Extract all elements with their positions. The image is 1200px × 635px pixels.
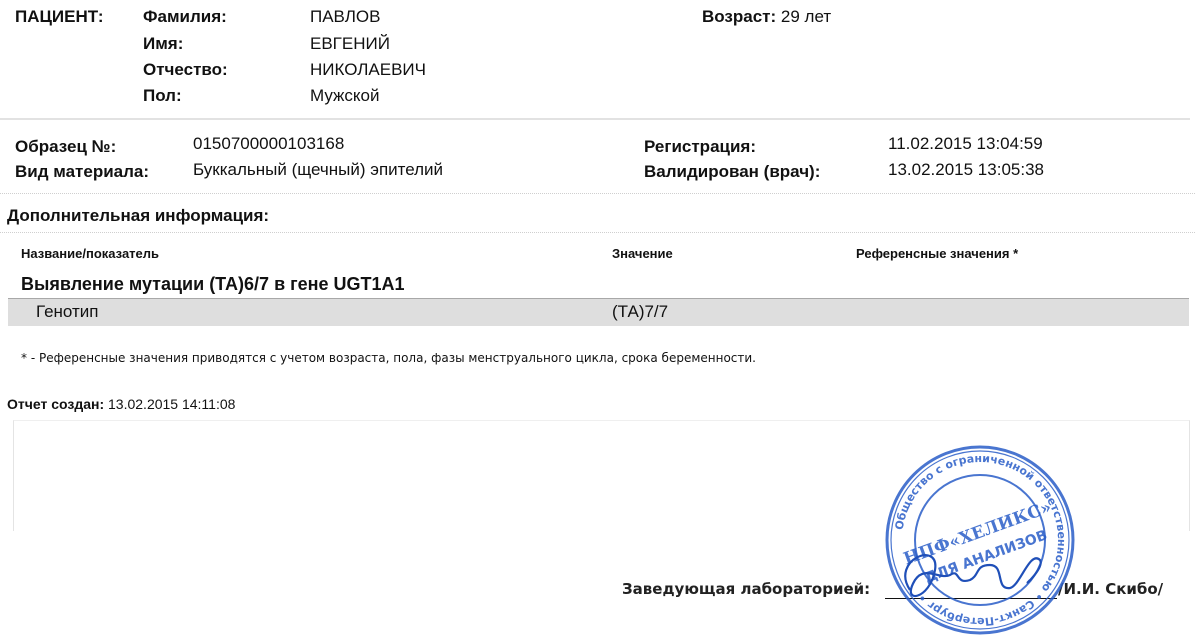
surname-label: Фамилия: xyxy=(143,7,227,27)
material-value: Буккальный (щечный) эпителий xyxy=(193,160,443,180)
surname-value: ПАВЛОВ xyxy=(310,7,380,27)
first-name-value: ЕВГЕНИЙ xyxy=(310,34,390,54)
sample-number-label: Образец №: xyxy=(15,137,116,157)
age-value: 29 лет xyxy=(781,7,831,26)
stamp-icon: Общество с ограниченной ответственностью… xyxy=(880,440,1080,635)
column-header-reference: Референсные значения * xyxy=(856,246,1018,261)
registration-label: Регистрация: xyxy=(644,137,756,157)
report-created: Отчет создан: 13.02.2015 14:11:08 xyxy=(7,396,235,412)
sample-number-value: 0150700000103168 xyxy=(193,134,344,154)
material-label: Вид материала: xyxy=(15,162,149,182)
additional-info-heading: Дополнительная информация: xyxy=(7,206,269,226)
column-header-value: Значение xyxy=(612,246,673,261)
validated-label: Валидирован (врач): xyxy=(644,162,820,182)
first-name-label: Имя: xyxy=(143,34,183,54)
patronymic-value: НИКОЛАЕВИЧ xyxy=(310,60,426,80)
footnote: * - Референсные значения приводятся с уч… xyxy=(21,351,756,365)
patient-section-label: ПАЦИЕНТ: xyxy=(15,7,104,27)
age-label: Возраст: xyxy=(702,7,776,26)
result-value: (ТА)7/7 xyxy=(612,302,668,322)
divider xyxy=(0,232,1195,233)
head-of-lab-label: Заведующая лабораторией: xyxy=(622,580,870,598)
sex-value: Мужской xyxy=(310,86,380,106)
registration-value: 11.02.2015 13:04:59 xyxy=(888,134,1043,154)
age: Возраст: 29 лет xyxy=(702,7,831,27)
result-name: Генотип xyxy=(36,302,98,322)
column-header-name: Название/показатель xyxy=(21,246,159,261)
patronymic-label: Отчество: xyxy=(143,60,228,80)
sex-label: Пол: xyxy=(143,86,182,106)
table-row xyxy=(8,298,1189,326)
divider xyxy=(0,118,1190,120)
validated-value: 13.02.2015 13:05:38 xyxy=(888,160,1044,180)
report-created-label: Отчет создан: xyxy=(7,396,104,412)
test-title: Выявление мутации (ТА)6/7 в гене UGT1A1 xyxy=(21,274,405,295)
report-created-value: 13.02.2015 14:11:08 xyxy=(108,396,235,412)
divider xyxy=(0,193,1195,194)
